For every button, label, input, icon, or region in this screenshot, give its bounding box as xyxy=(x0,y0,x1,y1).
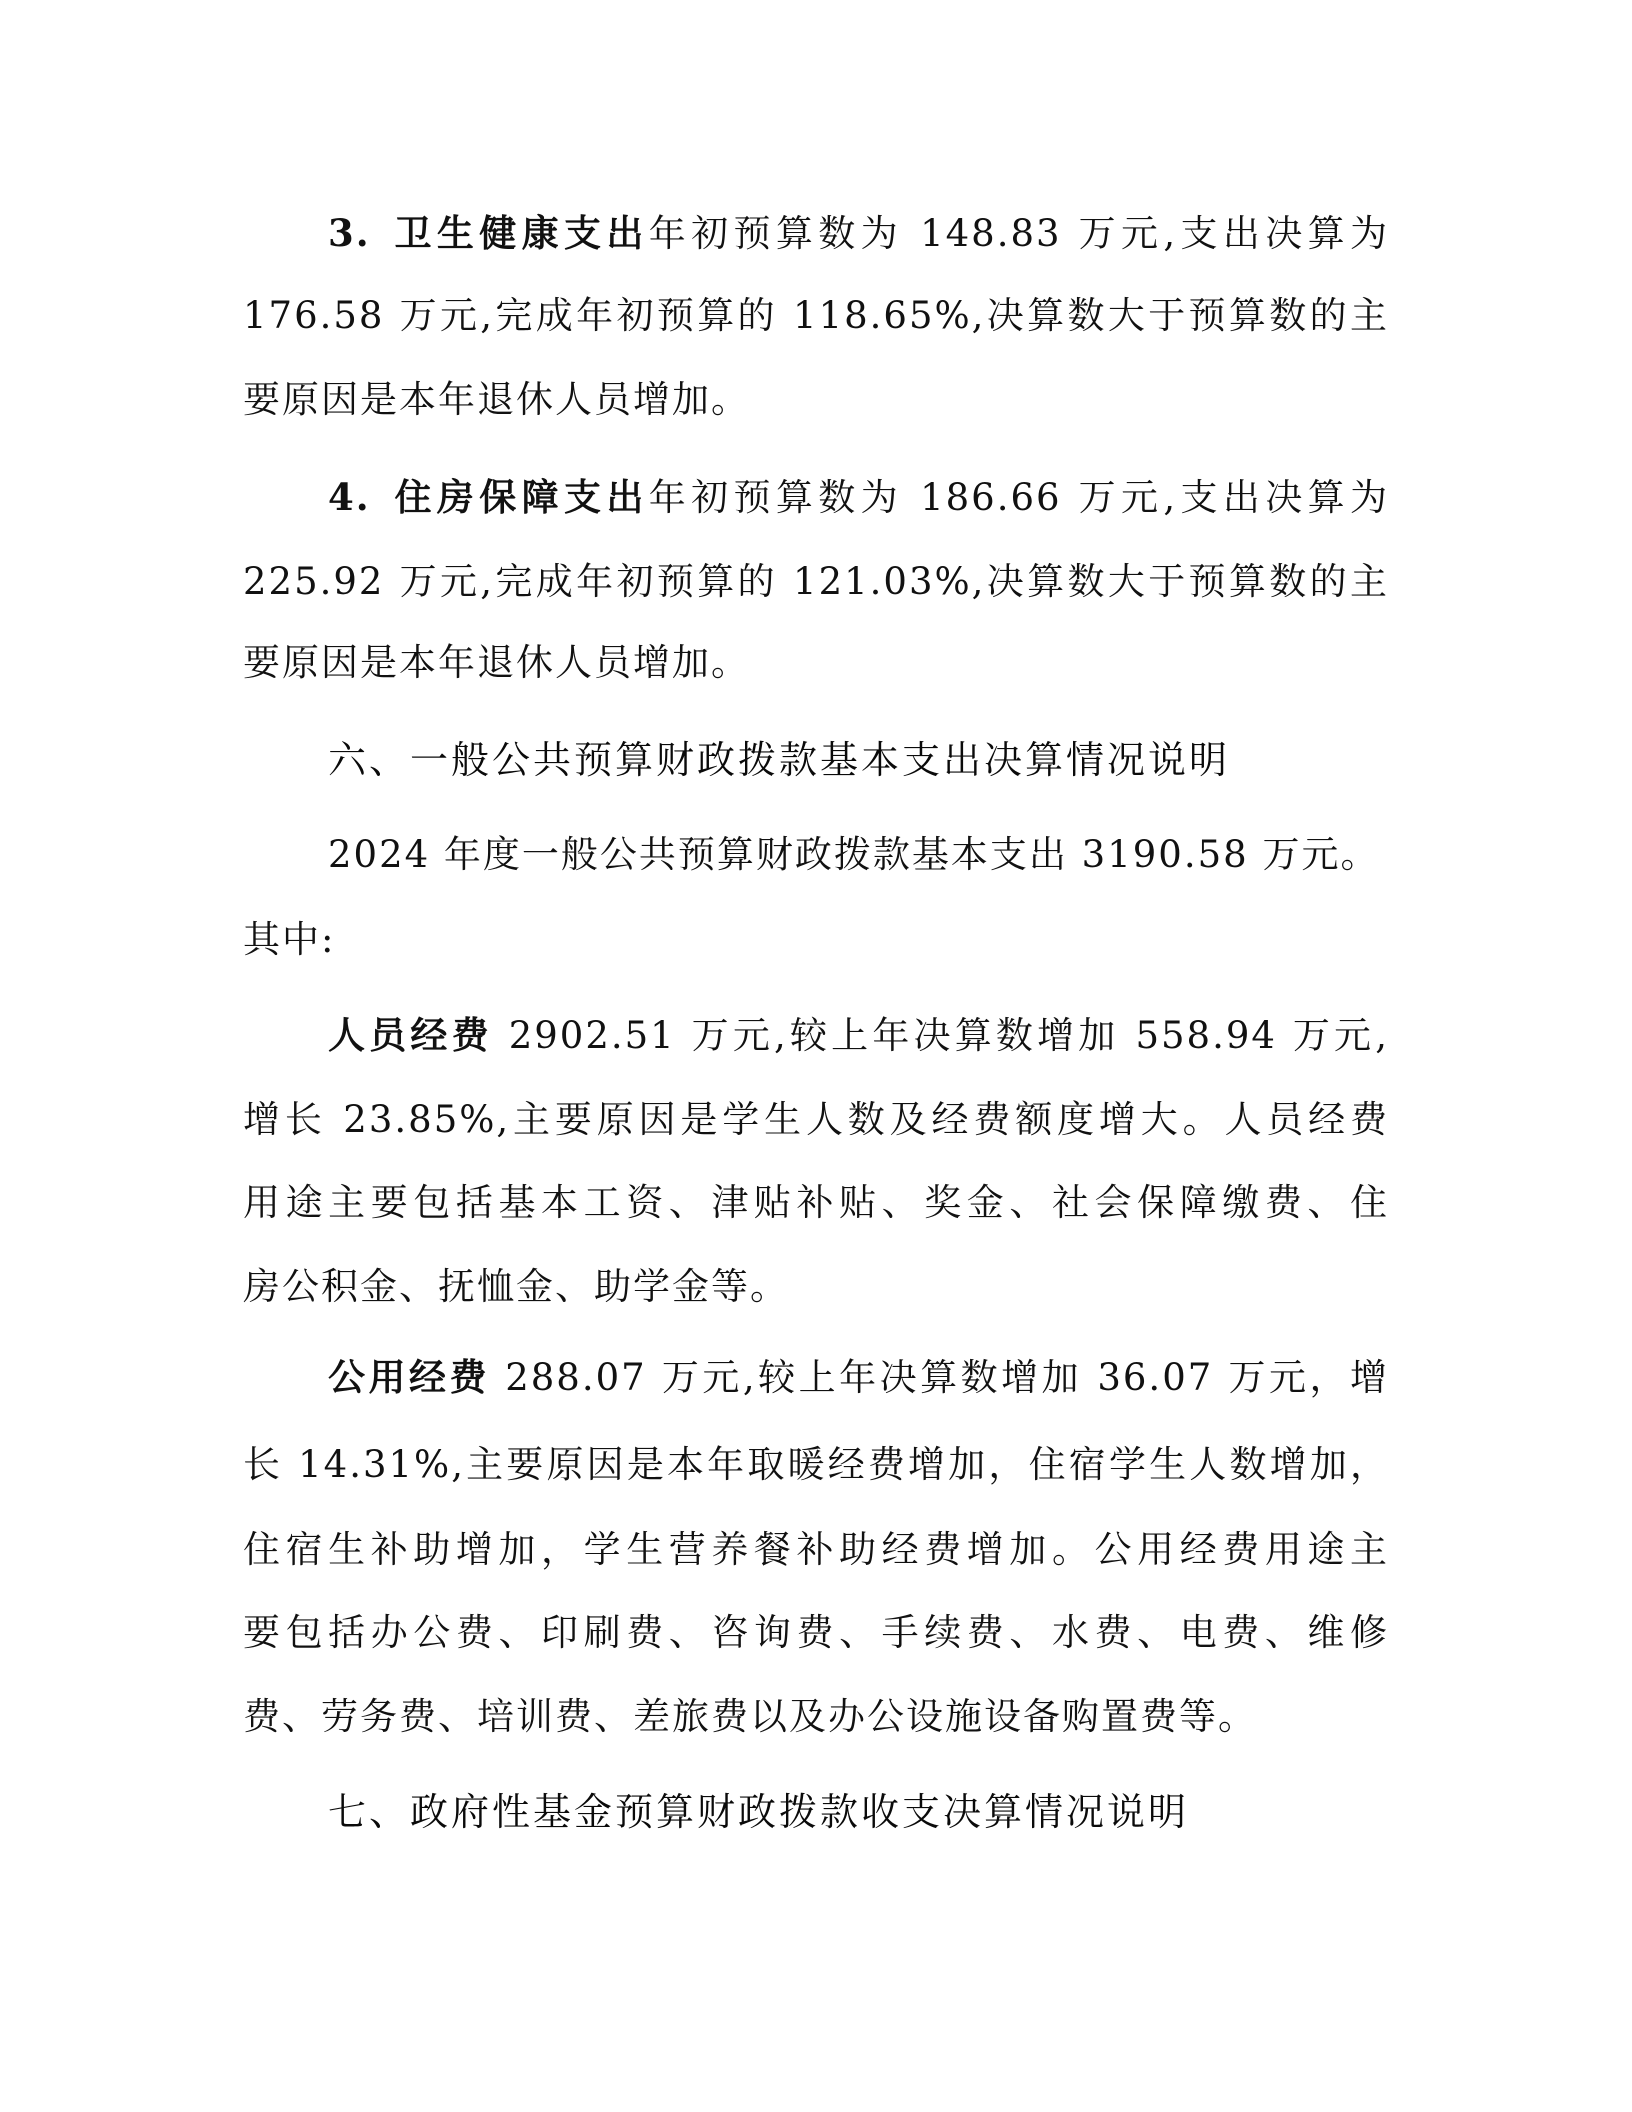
paragraph-health-line-1: 3. 卫生健康支出年初预算数为 148.83 万元,支出决算为 xyxy=(328,203,1389,263)
public-text: 288.07 万元,较上年决算数增加 36.07 万元，增 xyxy=(490,1356,1389,1399)
paragraph-public-line-3: 住宿生补助增加，学生营养餐补助经费增加。公用经费用途主 xyxy=(243,1520,1389,1580)
section-heading-6: 六、一般公共预算财政拨款基本支出决算情况说明 xyxy=(328,730,1230,790)
paragraph-health-line-3: 要原因是本年退休人员增加。 xyxy=(243,370,750,430)
paragraph-housing-line-1: 4. 住房保障支出年初预算数为 186.66 万元,支出决算为 xyxy=(328,467,1389,527)
paragraph-personnel-line-3: 用途主要包括基本工资、津贴补贴、奖金、社会保障缴费、住 xyxy=(243,1173,1389,1233)
item-text: 年初预算数为 186.66 万元,支出决算为 xyxy=(649,476,1389,519)
paragraph-housing-line-2: 225.92 万元,完成年初预算的 121.03%,决算数大于预算数的主 xyxy=(243,552,1389,612)
paragraph-personnel-line-2: 增长 23.85%,主要原因是学生人数及经费额度增大。人员经费 xyxy=(243,1090,1389,1150)
item-number: 4. xyxy=(328,475,371,519)
paragraph-personnel-line-1: 人员经费 2902.51 万元,较上年决算数增加 558.94 万元, xyxy=(328,1005,1389,1065)
section6-intro-line-1: 2024 年度一般公共预算财政拨款基本支出 3190.58 万元。 xyxy=(328,825,1379,885)
paragraph-public-line-4: 要包括办公费、印刷费、咨询费、手续费、水费、电费、维修 xyxy=(243,1603,1389,1663)
paragraph-housing-line-3: 要原因是本年退休人员增加。 xyxy=(243,633,750,693)
public-title: 公用经费 xyxy=(328,1355,490,1399)
document-page: 3. 卫生健康支出年初预算数为 148.83 万元,支出决算为 176.58 万… xyxy=(0,0,1632,2112)
item-text: 年初预算数为 148.83 万元,支出决算为 xyxy=(649,212,1389,255)
paragraph-personnel-line-4: 房公积金、抚恤金、助学金等。 xyxy=(243,1257,789,1317)
personnel-title: 人员经费 xyxy=(328,1013,493,1057)
paragraph-public-line-1: 公用经费 288.07 万元,较上年决算数增加 36.07 万元，增 xyxy=(328,1347,1389,1407)
paragraph-health-line-2: 176.58 万元,完成年初预算的 118.65%,决算数大于预算数的主 xyxy=(243,286,1389,346)
item-title: 住房保障支出 xyxy=(391,475,649,519)
item-number: 3. xyxy=(328,211,371,255)
personnel-text: 2902.51 万元,较上年决算数增加 558.94 万元, xyxy=(493,1014,1389,1057)
item-title: 卫生健康支出 xyxy=(391,211,649,255)
paragraph-public-line-5: 费、劳务费、培训费、差旅费以及办公设施设备购置费等。 xyxy=(243,1687,1257,1747)
section6-intro-line-2: 其中: xyxy=(243,910,335,970)
paragraph-public-line-2: 长 14.31%,主要原因是本年取暖经费增加，住宿学生人数增加， xyxy=(243,1435,1389,1495)
section-heading-7: 七、政府性基金预算财政拨款收支决算情况说明 xyxy=(328,1782,1189,1842)
